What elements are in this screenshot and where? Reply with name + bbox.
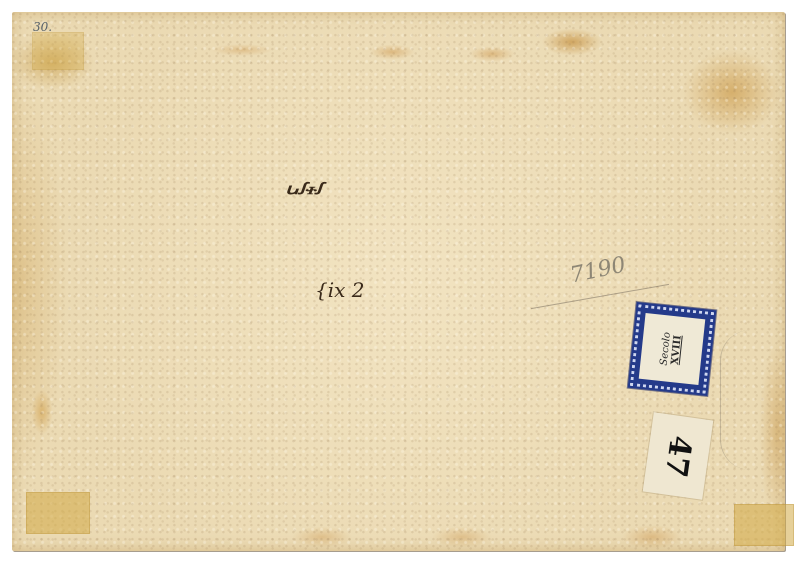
number-label: 47 [643,412,714,500]
era-label-field: Secolo XVIII [639,313,706,385]
pencil-scribble [720,330,781,470]
tape-residue-bottom-right [734,504,794,546]
tape-residue-bottom-left [26,492,90,534]
era-label-century: XVIII [670,332,684,367]
era-label: Secolo XVIII [628,302,717,396]
number-label-value: 47 [658,433,698,479]
stain-top-left [32,32,84,70]
handwritten-folio-note: {ix 2 [315,278,364,302]
corner-pencil-note: 30. [33,20,52,34]
handwritten-title: ꭎꭍꮠꭍ [285,178,321,199]
